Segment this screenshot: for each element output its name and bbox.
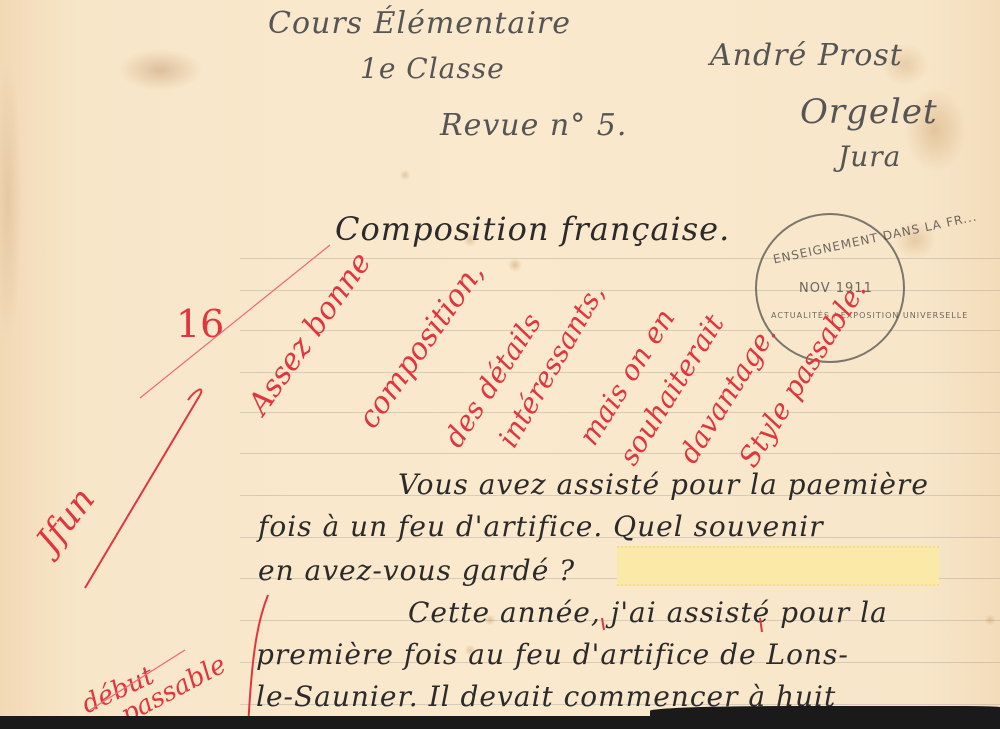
red-pen-strokes — [0, 0, 1000, 729]
grade-underline-stroke — [140, 245, 330, 398]
paper-page: Cours Élémentaire 1e Classe Revue n° 5. … — [0, 0, 1000, 729]
margin-bracket-stroke — [248, 595, 268, 729]
margin-note-stroke — [90, 650, 185, 710]
page-bottom-edge — [0, 716, 1000, 729]
signature-flourish — [85, 390, 201, 588]
correction-mark — [602, 618, 604, 630]
correction-mark — [760, 618, 762, 632]
